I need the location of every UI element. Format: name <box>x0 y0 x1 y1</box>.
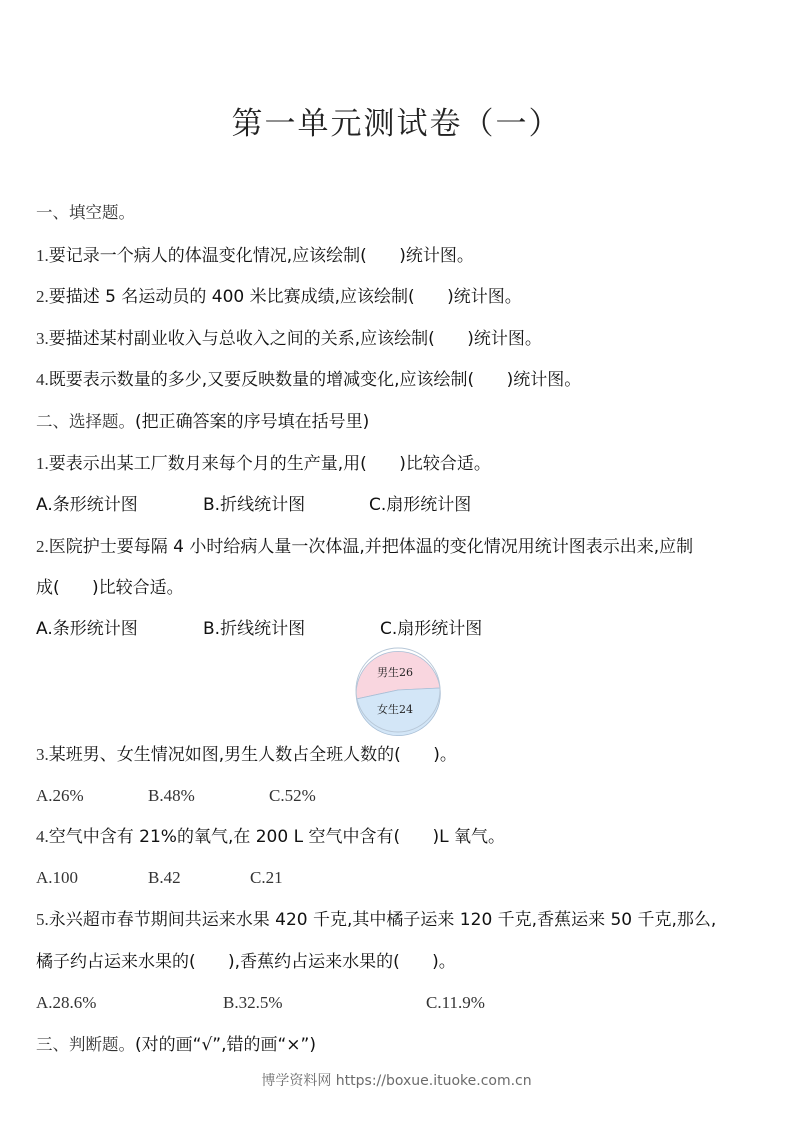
section-heading-note: (对的画“√”,错的画“×”) <box>135 1035 316 1055</box>
question-text: 既要表示数量的多少,又要反映数量的增减变化,应该绘制( )统计图。 <box>49 370 582 390</box>
option-b[interactable]: B.折线统计图 <box>203 618 305 640</box>
question-number: 2. <box>36 287 49 306</box>
question-choice-2: 2.医院护士要每隔 4 小时给病人量一次体温,并把体温的变化情况用统计图表示出来… <box>36 536 693 558</box>
option-c[interactable]: C.52% <box>269 785 316 807</box>
question-number: 2. <box>36 537 49 556</box>
page-title: 第一单元测试卷（一） <box>0 98 793 143</box>
question-choice-3: 3.某班男、女生情况如图,男生人数占全班人数的( )。 <box>36 744 457 766</box>
option-a[interactable]: A.28.6% <box>36 992 96 1014</box>
option-a[interactable]: A.条形统计图 <box>36 618 138 640</box>
question-number: 3. <box>36 745 49 764</box>
question-fill-1: 1.要记录一个病人的体温变化情况,应该绘制( )统计图。 <box>36 245 474 267</box>
option-b[interactable]: B.48% <box>148 785 195 807</box>
question-choice-4: 4.空气中含有 21%的氧气,在 200 L 空气中含有( )L 氧气。 <box>36 826 505 848</box>
question-fill-2: 2.要描述 5 名运动员的 400 米比赛成绩,应该绘制( )统计图。 <box>36 286 522 308</box>
section-heading-label: 二、选择题。 <box>36 412 135 431</box>
option-c[interactable]: C.扇形统计图 <box>380 618 482 640</box>
option-c[interactable]: C.扇形统计图 <box>369 494 471 516</box>
question-text: 医院护士要每隔 4 小时给病人量一次体温,并把体温的变化情况用统计图表示出来,应… <box>49 537 693 557</box>
option-a[interactable]: A.26% <box>36 785 84 807</box>
section-heading-label: 三、判断题。 <box>36 1035 135 1054</box>
section-heading-choice: 二、选择题。(把正确答案的序号填在括号里) <box>36 411 369 433</box>
option-b[interactable]: B.32.5% <box>223 992 283 1014</box>
option-b[interactable]: B.42 <box>148 867 181 889</box>
footer-watermark: 博学资料网 https://boxue.ituoke.com.cn <box>0 1070 793 1090</box>
question-number: 1. <box>36 246 49 265</box>
question-number: 4. <box>36 370 49 389</box>
question-text: 要描述 5 名运动员的 400 米比赛成绩,应该绘制( )统计图。 <box>49 287 522 307</box>
question-number: 1. <box>36 454 49 473</box>
question-text: 空气中含有 21%的氧气,在 200 L 空气中含有( )L 氧气。 <box>49 827 505 847</box>
question-fill-4: 4.既要表示数量的多少,又要反映数量的增减变化,应该绘制( )统计图。 <box>36 369 581 391</box>
section-heading-judge: 三、判断题。(对的画“√”,错的画“×”) <box>36 1034 316 1056</box>
pie-label-girls: 女生24 <box>377 702 413 716</box>
question-text: 要记录一个病人的体温变化情况,应该绘制( )统计图。 <box>49 246 474 266</box>
question-number: 3. <box>36 329 49 348</box>
question-text: 永兴超市春节期间共运来水果 420 千克,其中橘子运来 120 千克,香蕉运来 … <box>49 910 717 930</box>
option-b[interactable]: B.折线统计图 <box>203 494 305 516</box>
question-number: 5. <box>36 910 49 929</box>
question-number: 4. <box>36 827 49 846</box>
option-c[interactable]: C.11.9% <box>426 992 485 1014</box>
question-choice-1: 1.要表示出某工厂数月来每个月的生产量,用( )比较合适。 <box>36 453 491 475</box>
option-a[interactable]: A.100 <box>36 867 78 889</box>
option-c[interactable]: C.21 <box>250 867 283 889</box>
option-a[interactable]: A.条形统计图 <box>36 494 138 516</box>
question-text: 某班男、女生情况如图,男生人数占全班人数的( )。 <box>49 745 457 765</box>
pie-label-boys: 男生26 <box>377 665 413 679</box>
question-choice-2-cont: 成( )比较合适。 <box>36 577 184 599</box>
question-text: 要表示出某工厂数月来每个月的生产量,用( )比较合适。 <box>49 454 491 474</box>
question-choice-5-cont: 橘子约占运来水果的( ),香蕉约占运来水果的( )。 <box>36 951 456 973</box>
section-heading-note: (把正确答案的序号填在括号里) <box>135 412 369 432</box>
pie-chart-boys-girls: 男生26 女生24 <box>353 646 443 736</box>
question-text: 要描述某村副业收入与总收入之间的关系,应该绘制( )统计图。 <box>49 329 542 349</box>
question-choice-5: 5.永兴超市春节期间共运来水果 420 千克,其中橘子运来 120 千克,香蕉运… <box>36 909 716 931</box>
section-heading-fill-blank: 一、填空题。 <box>36 202 135 224</box>
question-fill-3: 3.要描述某村副业收入与总收入之间的关系,应该绘制( )统计图。 <box>36 328 542 350</box>
